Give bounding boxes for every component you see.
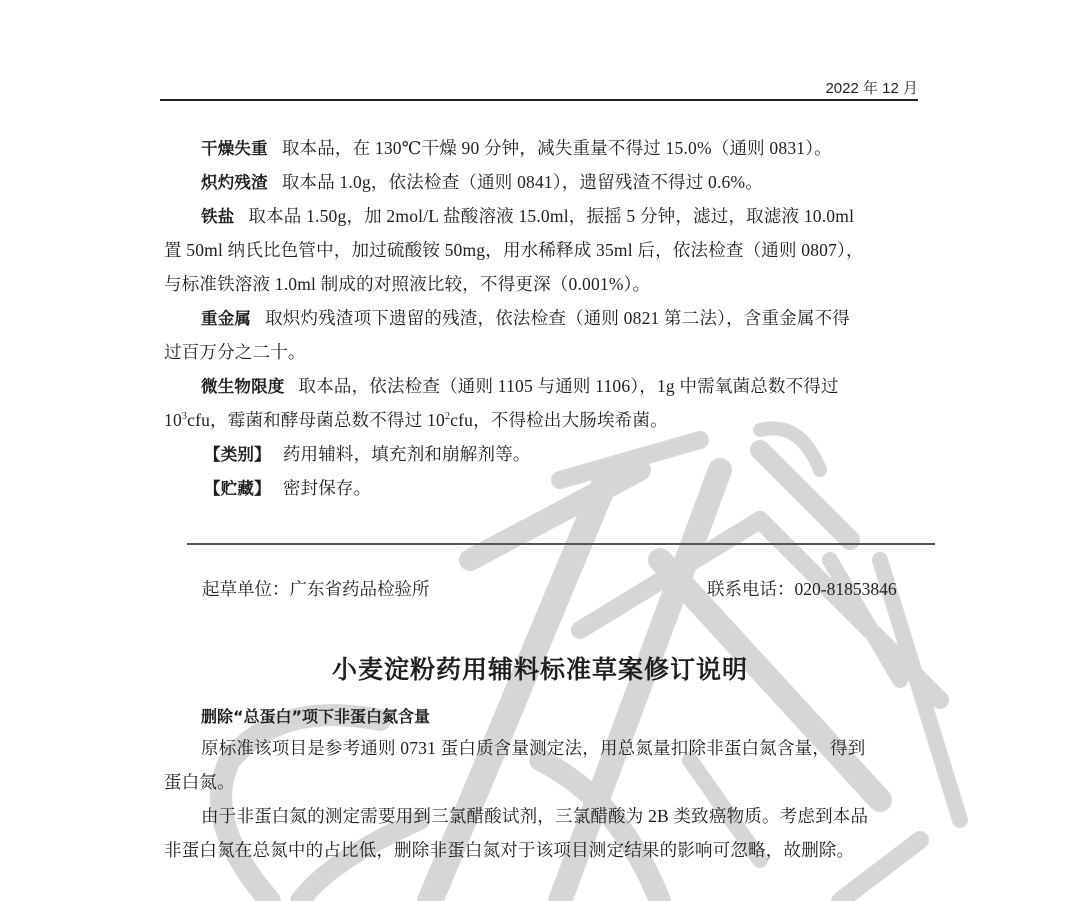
revision-paragraph-1-line2: 蛋白氮。 [164,765,914,799]
item-loss-on-drying: 干燥失重取本品，在 130℃干燥 90 分钟，减失重量不得过 15.0%（通则 … [164,131,951,166]
revision-paragraph-1: 原标准该项目是参考通则 0731 蛋白质含量测定法，用总氮量扣除非蛋白氮含量，得… [164,731,951,765]
revision-paragraph-2: 由于非蛋白氮的测定需要用到三氯醋酸试剂，三氯醋酸为 2B 类致癌物质。考虑到本品 [164,799,951,833]
item-label: 铁盐 [201,207,234,226]
category-label: 【类别】 [204,445,271,464]
item-text: 取本品 1.50g，加 2mol/L 盐酸溶液 15.0ml，振摇 5 分钟，滤… [248,206,854,226]
revision-subheading: 删除“总蛋白”项下非蛋白氮含量 [201,704,430,727]
document-page: 2022 年 12 月 干燥失重取本品，在 130℃干燥 90 分钟，减失重量不… [0,0,1080,901]
item-label: 微生物限度 [201,377,285,396]
category-text: 药用辅料，填充剂和崩解剂等。 [283,444,531,464]
item-text: 取本品 1.0g，依法检查（通则 0841），遗留残渣不得过 0.6%。 [282,172,763,192]
item-microbial-limit-line2: 103cfu，霉菌和酵母菌总数不得过 102cfu，不得检出大肠埃希菌。 [164,403,914,437]
item-label: 干燥失重 [201,139,268,158]
category: 【类别】药用辅料，填充剂和崩解剂等。 [164,437,954,472]
item-heavy-metals: 重金属取炽灼残渣项下遗留的残渣，依法检查（通则 0821 第二法），含重金属不得 [164,301,951,336]
header-date: 2022 年 12 月 [780,77,918,98]
revision-paragraph-2-line2: 非蛋白氮在总氮中的占比低，删除非蛋白氮对于该项目测定结果的影响可忽略，故删除。 [164,833,914,867]
header-rule [160,99,918,101]
item-heavy-metals-line2: 过百万分之二十。 [164,335,914,369]
item-iron-salt-line3: 与标准铁溶液 1.0ml 制成的对照液比较，不得更深（0.001%）。 [164,267,914,301]
item-label: 重金属 [201,309,251,328]
item-iron-salt: 铁盐取本品 1.50g，加 2mol/L 盐酸溶液 15.0ml，振摇 5 分钟… [164,199,951,234]
item-label: 炽灼残渣 [201,173,268,192]
item-text: 取炽灼残渣项下遗留的残渣，依法检查（通则 0821 第二法），含重金属不得 [265,308,850,328]
storage: 【贮藏】密封保存。 [164,471,954,506]
storage-text: 密封保存。 [283,478,372,498]
revision-title: 小麦淀粉药用辅料标准草案修订说明 [160,650,920,686]
drafting-unit: 起草单位：广东省药品检验所 [202,576,430,601]
storage-label: 【贮藏】 [204,479,271,498]
section-divider [187,543,935,545]
item-text: 取本品，在 130℃干燥 90 分钟，减失重量不得过 15.0%（通则 0831… [282,138,832,158]
item-microbial-limit: 微生物限度取本品，依法检查（通则 1105 与通则 1106），1g 中需氧菌总… [164,369,951,404]
item-text: 取本品，依法检查（通则 1105 与通则 1106），1g 中需氧菌总数不得过 [299,376,839,396]
item-residue-on-ignition: 炽灼残渣取本品 1.0g，依法检查（通则 0841），遗留残渣不得过 0.6%。 [164,165,951,200]
contact-phone: 联系电话：020-81853846 [707,576,897,601]
item-iron-salt-line2: 置 50ml 纳氏比色管中，加过硫酸铵 50mg，用水稀释成 35ml 后，依法… [164,233,914,267]
